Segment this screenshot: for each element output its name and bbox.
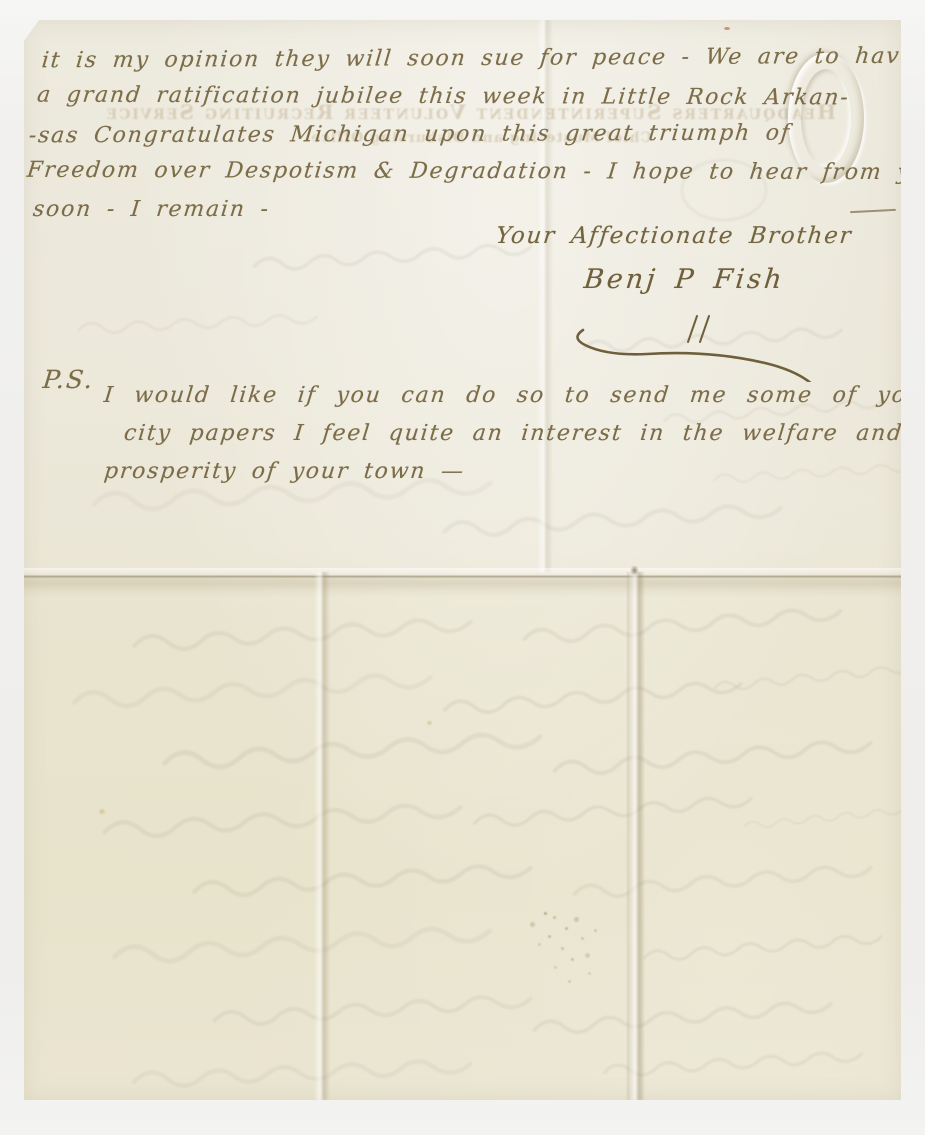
scan-background: Headquarters Superintendent Volunteer Re…: [0, 0, 925, 1135]
postscript-line-2: city papers I feel quite an interest in …: [123, 421, 905, 446]
signature-flourish: [569, 302, 829, 382]
stain-red-speck: [724, 27, 730, 30]
stain-yellow-spot: [426, 720, 433, 726]
letter-line-4: Freedom over Despotism & Degradation - I…: [26, 158, 925, 185]
closing-line: Your Affectionate Brother: [495, 223, 854, 249]
signature: Benj P Fish: [582, 264, 786, 295]
horizontal-fold-crease: [24, 568, 901, 598]
postscript-label: P.S.: [41, 365, 95, 394]
letter-line-3: -sas Congratulates Michigan upon this gr…: [28, 121, 792, 149]
fold-intersection-mark: [630, 565, 639, 576]
postscript-line-1: I would like if you can do so to send me…: [103, 383, 925, 408]
vertical-fold-crease-bottom-left: [314, 572, 330, 1100]
postscript-line-3: prosperity of your town —: [103, 459, 467, 484]
letter-page: Headquarters Superintendent Volunteer Re…: [24, 20, 901, 1100]
letter-line-1: it is my opinion they will soon sue for …: [41, 44, 917, 74]
letter-line-5: soon - I remain -: [32, 197, 271, 222]
stain-yellow-spot: [98, 808, 106, 815]
stain-speckle: [544, 912, 547, 915]
vertical-fold-crease-bottom-right: [627, 572, 645, 1100]
letter-line-2: a grand ratification jubilee this week i…: [36, 83, 851, 111]
